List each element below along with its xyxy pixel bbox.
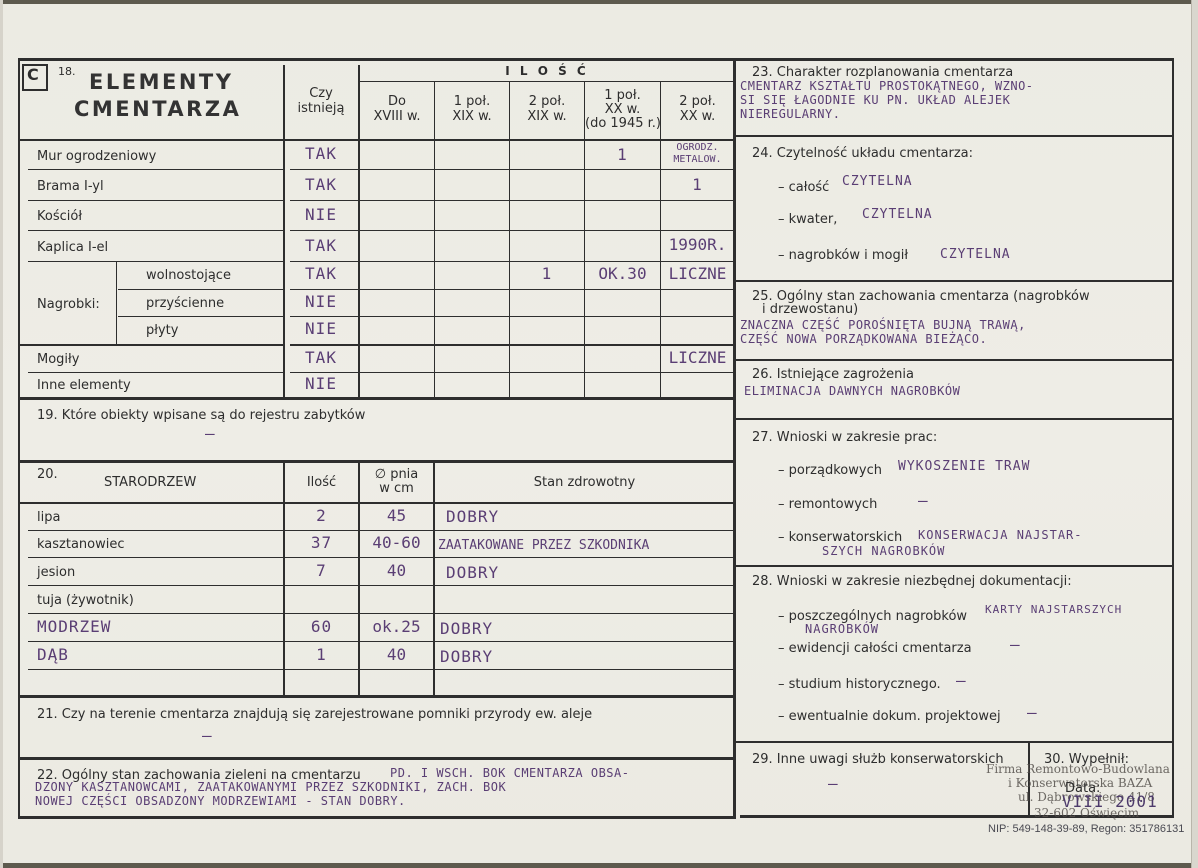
section-23-value-line1: CMENTARZ KSZTAŁTU PROSTOKĄTNEGO, WZNO- [740, 79, 1034, 93]
period-value: 1 [661, 178, 734, 192]
section-25-value-line2: CZĘŚĆ NOWA PORZĄDKOWANA BIEŻĄCO. [740, 332, 987, 346]
tree-health: DOBRY [440, 650, 493, 664]
period-header: 2 poł. XX w. [661, 94, 734, 124]
row-label: Mogiły [37, 352, 79, 367]
exists-value: NIE [285, 322, 357, 336]
period-line: 1 poł. [604, 88, 640, 103]
readability-item-value: CZYTELNA [940, 248, 1011, 262]
period-value: 1 [585, 148, 660, 162]
period-line: 2 poł. [529, 94, 565, 109]
section-23-value-line2: SI SIĘ ŁAGODNIE KU PN. UKŁAD ALEJEK [740, 93, 1010, 107]
company-stamp-line1: Firma Remontowo-Budowlana [986, 762, 1170, 776]
section-title-line1: ELEMENTY [89, 75, 233, 90]
period-header: 2 poł. XIX w. [510, 94, 584, 124]
doc-item-value: — [1027, 706, 1038, 720]
tree-species: tuja (żywotnik) [37, 593, 134, 608]
tree-diameter: 40 [360, 564, 433, 578]
tree-species: jesion [37, 565, 75, 580]
section-21-label: 21. Czy na terenie cmentarza znajdują si… [37, 707, 592, 722]
period-value: 1 [510, 267, 584, 281]
tree-diameter: 40 [360, 648, 433, 662]
doc-item-value: — [1010, 638, 1021, 652]
col-diameter-header: ∅ pnia w cm [360, 468, 433, 496]
tree-diameter: 45 [360, 509, 433, 523]
col-exists-line2: istnieją [298, 101, 345, 116]
work-item-value: — [918, 494, 929, 508]
work-item-label: – remontowych [778, 497, 877, 512]
section-title-line2: CMENTARZA [74, 102, 241, 117]
section-29-label: 29. Inne uwagi służb konserwatorskich [752, 752, 1004, 767]
period-value: 1990R. [661, 238, 734, 252]
doc-item-label: – studium historycznego. [778, 677, 941, 692]
period-line: XX w. [605, 102, 641, 117]
col-exists-line1: Czy [309, 86, 333, 101]
exists-value: TAK [285, 351, 357, 365]
section-19-label: 19. Które obiekty wpisane są do rejestru… [37, 408, 365, 423]
tree-species-handwritten: DĄB [37, 648, 69, 662]
row-label: przyścienne [146, 296, 224, 311]
period-line: 2 poł. [679, 94, 715, 109]
section-27-label: 27. Wnioski w zakresie prac: [752, 430, 937, 445]
work-item-value-line2: SZYCH NAGROBKÓW [822, 544, 945, 558]
quantity-header: I L O Ś Ć [360, 64, 734, 79]
section-19-value: — [205, 427, 216, 441]
col-diameter-line: ∅ pnia [375, 467, 419, 482]
section-number: 18. [58, 64, 76, 79]
row-label: Kaplica I-el [37, 240, 108, 255]
tree-count: 7 [285, 564, 358, 578]
row-label: Kościół [37, 209, 82, 224]
tree-health: ZAATAKOWANE PRZEZ SZKODNIKA [438, 539, 649, 553]
tree-diameter: ok.25 [360, 620, 433, 634]
period-header: Do XVIII w. [360, 94, 434, 124]
exists-value: TAK [285, 239, 357, 253]
period-line: XIX w. [452, 109, 491, 124]
tree-species: kasztanowiec [37, 537, 125, 552]
row-label: wolnostojące [146, 268, 231, 283]
tree-count: 60 [285, 620, 358, 634]
readability-item-value: CZYTELNA [862, 208, 933, 222]
section-25-value-line1: ZNACZNA CZĘŚĆ POROŚNIĘTA BUJNĄ TRAWĄ, [740, 318, 1026, 332]
readability-item-label: – całość [778, 180, 829, 195]
exists-value: TAK [285, 147, 357, 161]
exists-value: NIE [285, 377, 357, 391]
doc-item-label: – ewidencji całości cmentarza [778, 641, 972, 656]
exists-value: TAK [285, 267, 357, 281]
period-value-line: METALOW. [673, 154, 721, 165]
tree-count: 2 [285, 509, 358, 523]
tree-count: 1 [285, 648, 358, 662]
section-29-value: — [828, 777, 839, 791]
work-item-label: – konserwatorskich [778, 530, 902, 545]
tree-species: lipa [37, 510, 60, 525]
period-header: 1 poł. XX w. (do 1945 r.) [585, 89, 660, 131]
section-23-value-line3: NIEREGULARNY. [740, 107, 840, 121]
section-20-number: 20. [37, 467, 58, 482]
tree-health: DOBRY [440, 622, 493, 636]
col-count-header: Ilość [285, 475, 358, 490]
readability-item-value: CZYTELNA [842, 175, 913, 189]
section-21-value: — [202, 729, 213, 743]
period-header: 1 poł. XIX w. [435, 94, 509, 124]
tree-diameter: 40-60 [360, 536, 433, 550]
section-22-value-line1: PD. I WSCH. BOK CMENTARZA OBSA- [390, 766, 629, 780]
work-item-label: – porządkowych [778, 463, 882, 478]
tree-count: 37 [285, 536, 358, 550]
col-exists-header: Czy istnieją [284, 86, 358, 116]
company-stamp-ids: NIP: 549-148-39-89, Regon: 351786131 [988, 822, 1184, 837]
company-stamp-line4: 32-602 Oświęcim [1034, 806, 1139, 820]
period-line: XVIII w. [373, 109, 420, 124]
section-22-value-line3: NOWEJ CZĘŚCI OBSADZONY MODRZEWIAMI - STA… [35, 794, 406, 808]
row-label: płyty [146, 323, 178, 338]
scan-edge-right [1191, 0, 1198, 868]
readability-item-label: – kwater, [778, 212, 837, 227]
period-line: XX w. [680, 109, 716, 124]
section-26-value: ELIMINACJA DAWNYCH NAGROBKÓW [744, 384, 960, 398]
section-28-label: 28. Wnioski w zakresie niezbędnej dokume… [752, 574, 1072, 589]
period-line: (do 1945 r.) [585, 116, 661, 131]
doc-item-value-line2: NAGROBKÓW [805, 622, 879, 636]
doc-item-label: – ewentualnie dokum. projektowej [778, 709, 1001, 724]
doc-item-value: KARTY NAJSTARSZYCH [985, 603, 1122, 617]
exists-value: NIE [285, 295, 357, 309]
exists-value: NIE [285, 208, 357, 222]
group-label: Nagrobki: [37, 297, 100, 312]
tree-species-handwritten: MODRZEW [37, 620, 111, 634]
period-value: LICZNE [661, 351, 734, 365]
period-value-line: OGRODZ. [676, 142, 718, 153]
period-value: LICZNE [661, 267, 734, 281]
scan-edge-top [0, 0, 1198, 4]
section-22-value-line2: DZONY KASZTANOWCAMI, ZAATAKOWANYMI PRZEZ… [35, 780, 506, 794]
row-label: Mur ogrodzeniowy [37, 149, 156, 164]
period-value: OK.30 [585, 267, 660, 281]
section-24-label: 24. Czytelność układu cmentarza: [752, 146, 973, 161]
section-26-label: 26. Istniejące zagrożenia [752, 367, 914, 382]
work-item-value: WYKOSZENIE TRAW [898, 460, 1030, 474]
period-line: 1 poł. [454, 94, 490, 109]
row-label: Brama I-yl [37, 179, 104, 194]
scan-edge-bottom [0, 863, 1198, 868]
period-line: XIX w. [527, 109, 566, 124]
col-health-header: Stan zdrowotny [435, 475, 734, 490]
tree-health: DOBRY [446, 566, 499, 580]
period-line: Do [388, 94, 406, 109]
doc-item-value: — [956, 674, 967, 688]
scan-edge-left [0, 0, 3, 868]
col-diameter-line: w cm [379, 481, 414, 496]
period-value: OGRODZ. METALOW. [661, 142, 734, 166]
section-25-label-line2: i drzewostanu) [762, 302, 858, 317]
tree-health: DOBRY [446, 510, 499, 524]
form-sheet: C 18. ELEMENTY CMENTARZA Czy istnieją I … [0, 0, 1198, 868]
section-23-label: 23. Charakter rozplanowania cmentarza [752, 65, 1013, 80]
section-letter: C [27, 67, 39, 82]
exists-value: TAK [285, 178, 357, 192]
work-item-value: KONSERWACJA NAJSTAR- [918, 528, 1083, 542]
row-label: Inne elementy [37, 378, 131, 393]
readability-item-label: – nagrobków i mogił [778, 248, 908, 263]
section-20-title: STARODRZEW [104, 475, 196, 490]
